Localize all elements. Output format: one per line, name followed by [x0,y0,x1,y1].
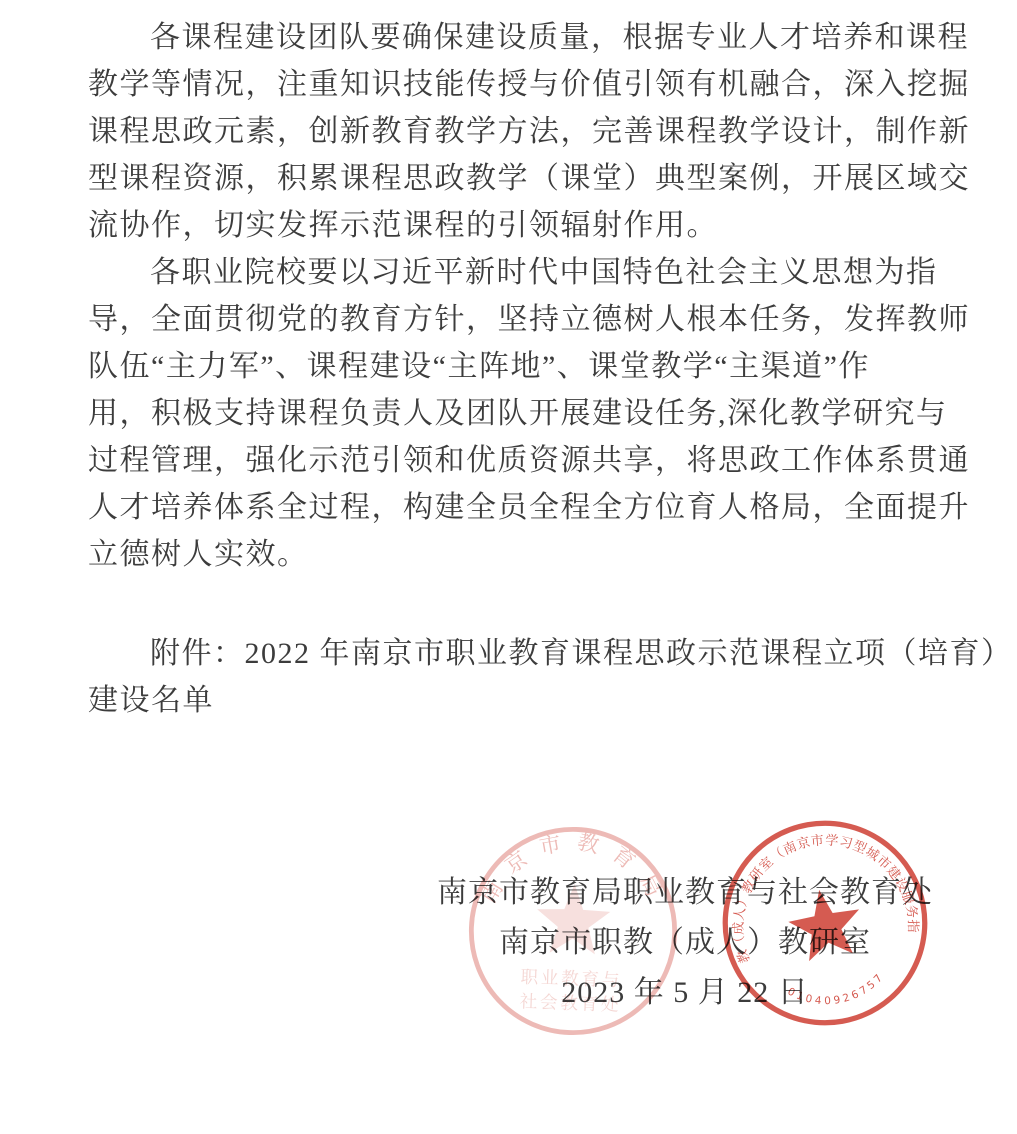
body-line: 型课程资源，积累课程思政教学（课堂）典型案例，开展区域交 [88,155,935,202]
signature-org-line-2: 南京市职教（成人）教研室 [345,918,1017,968]
body-line: 用，积极支持课程负责人及团队开展建设任务,深化教学研究与 [88,390,935,437]
document-body: 各课程建设团队要确保建设质量，根据专业人才培养和课程 教学等情况，注重知识技能传… [88,14,935,724]
attachment-line: 附件：2022 年南京市职业教育课程思政示范课程立项（培育） [88,630,935,677]
signature-date: 2023 年 5 月 22 日 [345,968,1017,1018]
body-line: 队伍“主力军”、课程建设“主阵地”、课堂教学“主渠道”作 [88,343,935,390]
body-line: 流协作，切实发挥示范课程的引领辐射作用。 [88,202,935,249]
signature-block: 南京市教育局职业教育与社会教育处 南京市职教（成人）教研室 2023 年 5 月… [345,868,1017,1018]
body-line: 人才培养体系全过程，构建全员全程全方位育人格局，全面提升 [88,484,935,531]
body-line: 教学等情况，注重知识技能传授与价值引领有机融合，深入挖掘 [88,61,935,108]
body-line: 各职业院校要以习近平新时代中国特色社会主义思想为指 [88,249,935,296]
body-line: 各课程建设团队要确保建设质量，根据专业人才培养和课程 [88,14,935,61]
body-line: 立德树人实效。 [88,531,935,578]
body-line: 课程思政元素，创新教育教学方法，完善课程教学设计，制作新 [88,108,935,155]
attachment-line: 建设名单 [88,677,935,724]
body-line: 过程管理，强化示范引领和优质资源共享，将思政工作体系贯通 [88,437,935,484]
signature-org-line-1: 南京市教育局职业教育与社会教育处 [345,868,1017,918]
body-line: 导，全面贯彻党的教育方针，坚持立德树人根本任务，发挥教师 [88,296,935,343]
document-page: 各课程建设团队要确保建设质量，根据专业人才培养和课程 教学等情况，注重知识技能传… [0,0,1017,1134]
